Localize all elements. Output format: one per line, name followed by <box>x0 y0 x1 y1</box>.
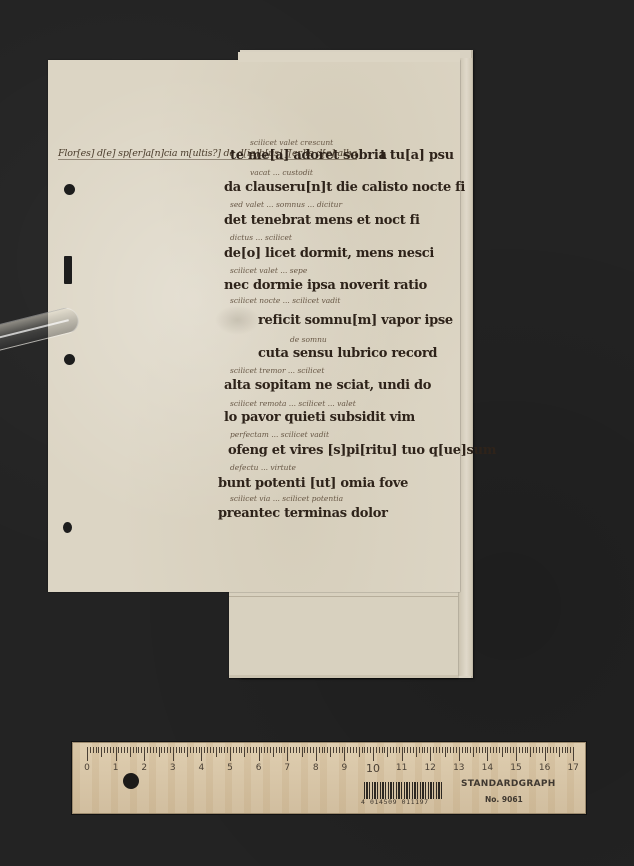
ruler-tick <box>493 747 494 753</box>
binding-hole-icon <box>64 354 75 365</box>
binding-slot-icon <box>64 256 72 284</box>
ruler-tick <box>445 747 446 757</box>
text-line: bunt potenti [ut] omia fove <box>218 476 408 491</box>
ruler-tick <box>502 747 503 757</box>
ruler-tick <box>150 747 151 753</box>
ruler-tick <box>382 747 383 753</box>
ruler-number: 7 <box>284 763 290 773</box>
ruler-tick <box>347 747 348 753</box>
text-line: da clauseru[n]t die calisto nocte fi <box>224 180 465 195</box>
ruler-number: 2 <box>141 763 147 773</box>
ruler-tick <box>487 747 488 761</box>
ruler-tick <box>290 747 291 753</box>
ruler-tick <box>350 747 351 753</box>
text-line-suffix: t tu[a] psu <box>380 148 454 163</box>
ruler-tick <box>519 747 520 753</box>
ruler-tick <box>396 747 397 753</box>
ruler-tick <box>416 747 417 757</box>
ruler-tick <box>556 747 557 753</box>
binding-hole-icon <box>63 522 72 533</box>
ruler-tick <box>419 747 420 753</box>
ruler-tick <box>293 747 294 753</box>
ruler-tick <box>176 747 177 753</box>
ruler-tick <box>138 747 139 753</box>
ruler-tick <box>299 747 300 753</box>
ruler-tick <box>330 747 331 757</box>
interlinear-gloss: sed valet ... somnus ... dicitur <box>230 200 342 209</box>
ruler-tick <box>173 747 174 761</box>
barcode-number: 4 014509 011197 <box>361 798 429 806</box>
ruler-tick <box>167 747 168 753</box>
ruler-tick <box>344 747 345 761</box>
ruler-tick <box>276 747 277 753</box>
ruler-tick <box>422 747 423 753</box>
ruler-number: 4 <box>199 763 205 773</box>
text-line: te me[a] adoret sobria <box>230 148 387 163</box>
ruler-tick <box>187 747 188 757</box>
ruler-tick <box>470 747 471 753</box>
ruler-tick <box>241 747 242 753</box>
ruler-tick <box>201 747 202 761</box>
ruler-tick <box>499 747 500 753</box>
ruler-tick <box>539 747 540 753</box>
ruler-number: 8 <box>313 763 319 773</box>
ruler-tick <box>267 747 268 753</box>
ruler-tick <box>199 747 200 753</box>
ruler-tick <box>159 747 160 757</box>
ruler-tick <box>379 747 380 753</box>
ruler-tick <box>253 747 254 753</box>
ruler-tick <box>553 747 554 753</box>
ruler-tick <box>402 747 403 761</box>
ruler-tick <box>179 747 180 753</box>
ruler-number: 6 <box>256 763 262 773</box>
ruler-tick <box>373 747 374 761</box>
interlinear-gloss: de somnu <box>290 335 327 344</box>
ruler-tick <box>310 747 311 753</box>
ruler-tick <box>322 747 323 753</box>
ruler-tick <box>273 747 274 757</box>
ruler-tick <box>459 747 460 761</box>
faded-ink-area <box>215 305 260 335</box>
ruler-tick <box>141 747 142 753</box>
ruler-tick <box>447 747 448 753</box>
ruler-tick <box>236 747 237 753</box>
interlinear-gloss: dictus ... scilicet <box>230 233 292 242</box>
ruler-tick <box>302 747 303 757</box>
ruler-tick <box>545 747 546 761</box>
ruler-number: 5 <box>227 763 233 773</box>
ruler-tick <box>110 747 111 753</box>
ruler-tick <box>390 747 391 753</box>
ruler-tick <box>370 747 371 753</box>
ruler-tick <box>190 747 191 753</box>
ruler-tick <box>565 747 566 753</box>
ruler-tick <box>156 747 157 753</box>
ruler-tick <box>270 747 271 753</box>
ruler-tick <box>505 747 506 753</box>
ruler-tick <box>522 747 523 753</box>
ruler-tick <box>393 747 394 753</box>
ruler-tick <box>221 747 222 753</box>
ruler-tick <box>550 747 551 753</box>
ruler-tick <box>339 747 340 753</box>
ruler-tick <box>333 747 334 753</box>
ruler-tick <box>356 747 357 753</box>
ruler-tick <box>161 747 162 753</box>
ruler-tick <box>399 747 400 753</box>
binding-hole-icon <box>64 184 75 195</box>
ruler-tick <box>562 747 563 753</box>
ruler-tick <box>261 747 262 753</box>
ruler-number: 15 <box>510 763 521 773</box>
ruler-tick <box>479 747 480 753</box>
text-line: alta sopitam ne sciat, undi do <box>224 378 431 393</box>
interlinear-gloss: defectu ... virtute <box>230 463 296 472</box>
ruler-tick <box>465 747 466 753</box>
text-line: preantec terminas dolor <box>218 506 388 521</box>
ruler-tick <box>533 747 534 753</box>
ruler-tick <box>210 747 211 753</box>
ruler-tick <box>281 747 282 753</box>
ruler-model: No. 9061 <box>485 795 523 804</box>
ruler-tick <box>485 747 486 753</box>
ruler-tick <box>287 747 288 761</box>
ruler-tick <box>547 747 548 753</box>
ruler-tick <box>93 747 94 753</box>
ruler-tick <box>304 747 305 753</box>
ruler-tick <box>453 747 454 753</box>
ruler-tick <box>153 747 154 753</box>
ruler-tick <box>359 747 360 757</box>
ruler-tick <box>233 747 234 753</box>
ruler-tick <box>324 747 325 753</box>
interlinear-gloss: perfectam ... scilicet vadit <box>230 430 329 439</box>
ruler-tick <box>496 747 497 753</box>
ruler-tick <box>104 747 105 753</box>
ruler-number: 10 <box>366 762 380 775</box>
ruler-number: 12 <box>424 763 435 773</box>
ruler-tick <box>256 747 257 753</box>
ruler-tick <box>250 747 251 753</box>
barcode-icon <box>364 782 444 799</box>
ruler-number: 9 <box>342 763 348 773</box>
ruler-tick <box>342 747 343 753</box>
ruler-tick <box>204 747 205 753</box>
manuscript-edge-strip <box>458 58 472 676</box>
ruler-tick <box>107 747 108 753</box>
ruler-tick <box>307 747 308 753</box>
ruler-tick <box>113 747 114 753</box>
ruler-tick <box>207 747 208 753</box>
ruler-number: 14 <box>482 763 493 773</box>
ruler-tick <box>259 747 260 761</box>
ruler-tick <box>147 747 148 753</box>
ruler-hole-icon <box>123 773 139 789</box>
ruler-tick <box>442 747 443 753</box>
ruler-tick <box>130 747 131 757</box>
text-line: cuta sensu lubrico record <box>258 346 437 361</box>
ruler-tick <box>525 747 526 753</box>
interlinear-gloss: scilicet tremor ... scilicet <box>230 366 324 375</box>
ruler-tick <box>367 747 368 753</box>
ruler-number: 1 <box>113 763 119 773</box>
ruler-tick <box>476 747 477 753</box>
ruler-tick <box>450 747 451 753</box>
ruler-tick <box>536 747 537 753</box>
ruler-tick <box>87 747 88 761</box>
ruler-number: 3 <box>170 763 176 773</box>
text-line: de[o] licet dormit, mens nesci <box>224 246 434 261</box>
text-line: det tenebrat mens et noct fi <box>224 213 420 228</box>
ruler-tick <box>462 747 463 753</box>
ruler-tick <box>118 747 119 753</box>
ruler-tick <box>227 747 228 753</box>
ruler-tick <box>430 747 431 761</box>
ruler-tick <box>559 747 560 757</box>
ruler-tick <box>296 747 297 753</box>
leaf-top-edge <box>238 52 460 62</box>
ruler-tick <box>116 747 117 761</box>
ruler-tick <box>387 747 388 757</box>
ruler-tick <box>170 747 171 753</box>
ruler-tick <box>247 747 248 753</box>
ruler-tick <box>121 747 122 753</box>
ruler-tick <box>530 747 531 757</box>
ruler-number: 0 <box>84 763 90 773</box>
ruler-tick <box>376 747 377 753</box>
interlinear-gloss: scilicet valet crescunt <box>250 138 333 147</box>
ruler-tick <box>433 747 434 753</box>
ruler-tick <box>213 747 214 753</box>
text-line: lo pavor quieti subsidit vim <box>224 410 415 425</box>
ruler-number: 17 <box>567 763 578 773</box>
photo-stage: Flor[es] d[e] sp[er]a[n]cia m[ultis?] de… <box>0 0 634 866</box>
ruler-tick <box>362 747 363 753</box>
ruler-tick <box>439 747 440 753</box>
ruler-tick <box>239 747 240 753</box>
ruler-tick <box>482 747 483 753</box>
ruler-tick <box>230 747 231 761</box>
ruler-tick <box>319 747 320 753</box>
ruler-tick <box>124 747 125 753</box>
ruler-tick <box>510 747 511 753</box>
ruler-tick <box>224 747 225 753</box>
ruler-tick <box>284 747 285 753</box>
ruler-tick <box>573 747 574 761</box>
ruler-brand: STANDARDGRAPH <box>461 779 556 789</box>
text-line: nec dormie ipsa noverit ratio <box>224 278 427 293</box>
ruler-tick <box>413 747 414 753</box>
ruler-tick <box>527 747 528 753</box>
ruler-tick <box>216 747 217 757</box>
ruler-tick <box>473 747 474 757</box>
ruler-tick <box>516 747 517 761</box>
ruler-tick <box>456 747 457 753</box>
ruler-tick <box>98 747 99 753</box>
ruler-tick <box>336 747 337 753</box>
ruler-tick <box>410 747 411 753</box>
ruler-tick <box>313 747 314 753</box>
ruler-tick <box>507 747 508 753</box>
interlinear-gloss: scilicet valet ... sepe <box>230 266 307 275</box>
ruler-tick <box>570 747 571 753</box>
interlinear-gloss: scilicet via ... scilicet potentia <box>230 494 343 503</box>
ruler-tick <box>542 747 543 753</box>
interlinear-gloss: vacat ... custodit <box>250 168 313 177</box>
ruler-tick <box>96 747 97 753</box>
ruler-tick <box>436 747 437 753</box>
ruler-tick <box>424 747 425 753</box>
ruler-tick <box>279 747 280 753</box>
ruler-tick <box>193 747 194 753</box>
ruler-tick <box>490 747 491 753</box>
ruler-number: 13 <box>453 763 464 773</box>
ruler-tick <box>136 747 137 753</box>
ruler-tick <box>219 747 220 753</box>
ruler-tick <box>513 747 514 753</box>
ruler-tick <box>264 747 265 753</box>
ruler-tick <box>184 747 185 753</box>
ruler-tick <box>90 747 91 753</box>
ruler-tick <box>244 747 245 757</box>
ruler-tick <box>164 747 165 753</box>
ruler-tick <box>127 747 128 753</box>
ruler-tick <box>196 747 197 753</box>
ruler-tick <box>144 747 145 761</box>
ruler-number: 11 <box>396 763 407 773</box>
text-line: ofeng et vires [s]pi[ritu] tuo q[ue]sum <box>228 443 496 458</box>
ruler-number: 16 <box>539 763 550 773</box>
ruler-tick <box>427 747 428 753</box>
scale-ruler: 4 014509 011197 STANDARDGRAPH No. 9061 0… <box>72 742 586 814</box>
ruler-tick <box>181 747 182 753</box>
manuscript-bottom-flap <box>229 592 458 678</box>
ruler-tick <box>567 747 568 753</box>
ruler-tick <box>133 747 134 753</box>
interlinear-gloss: scilicet remota ... scilicet ... valet <box>230 399 356 408</box>
ruler-tick <box>467 747 468 753</box>
text-line: reficit somnu[m] vapor ipse <box>258 313 453 328</box>
interlinear-gloss: scilicet nocte ... scilicet vadit <box>230 296 340 305</box>
ruler-tick <box>364 747 365 753</box>
ruler-tick <box>327 747 328 753</box>
ruler-tick <box>407 747 408 753</box>
ruler-tick <box>353 747 354 753</box>
ruler-tick <box>384 747 385 753</box>
ruler-tick <box>404 747 405 753</box>
flap-fold-line <box>229 596 458 597</box>
ruler-tick <box>101 747 102 757</box>
ruler-tick <box>316 747 317 761</box>
